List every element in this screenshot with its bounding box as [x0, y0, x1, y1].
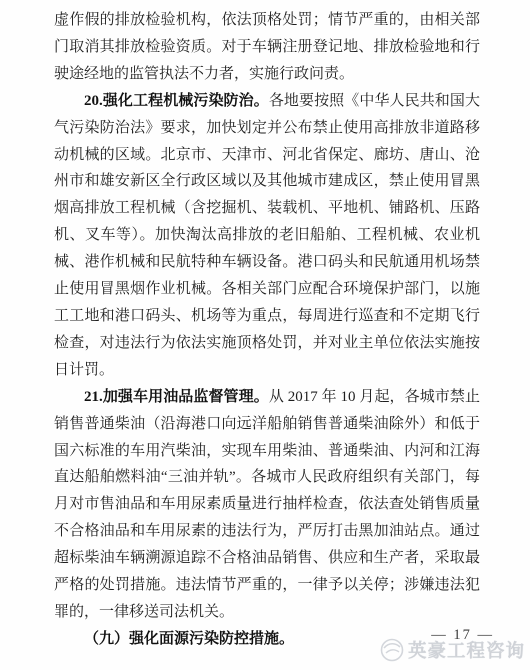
yinghao-logo-icon	[380, 638, 404, 662]
document-page: 虚作假的排放检验机构，依法顶格处罚；情节严重的，由相关部门取消其排放检验资质。对…	[0, 0, 530, 670]
paragraph-lead: 20.强化工程机械污染防治。	[84, 93, 269, 109]
paragraph-text: 各地要按照《中华人民共和国大气污染防治法》要求，加快划定并公布禁止使用高排放非道…	[54, 93, 480, 378]
watermark-text: 英豪工程咨询	[408, 637, 525, 663]
paragraph-text: 虚作假的排放检验机构，依法顶格处罚；情节严重的，由相关部门取消其排放检验资质。对…	[54, 12, 480, 82]
section-heading-text: （九）强化面源污染防控措施。	[84, 631, 294, 647]
paragraph-lead: 21.加强车用油品监督管理。	[84, 389, 269, 405]
paragraph-item-21: 21.加强车用油品监督管理。从 2017 年 10 月起，各城市禁止销售普通柴油…	[54, 384, 480, 626]
document-body: 虚作假的排放检验机构，依法顶格处罚；情节严重的，由相关部门取消其排放检验资质。对…	[54, 7, 480, 653]
paragraph-item-20: 20.强化工程机械污染防治。各地要按照《中华人民共和国大气污染防治法》要求，加快…	[54, 88, 480, 384]
paragraph-continuation: 虚作假的排放检验机构，依法顶格处罚；情节严重的，由相关部门取消其排放检验资质。对…	[54, 7, 480, 88]
watermark: 英豪工程咨询	[380, 637, 525, 663]
paragraph-text: 从 2017 年 10 月起，各城市禁止销售普通柴油（沿海港口向远洋船舶销售普通…	[54, 389, 480, 620]
